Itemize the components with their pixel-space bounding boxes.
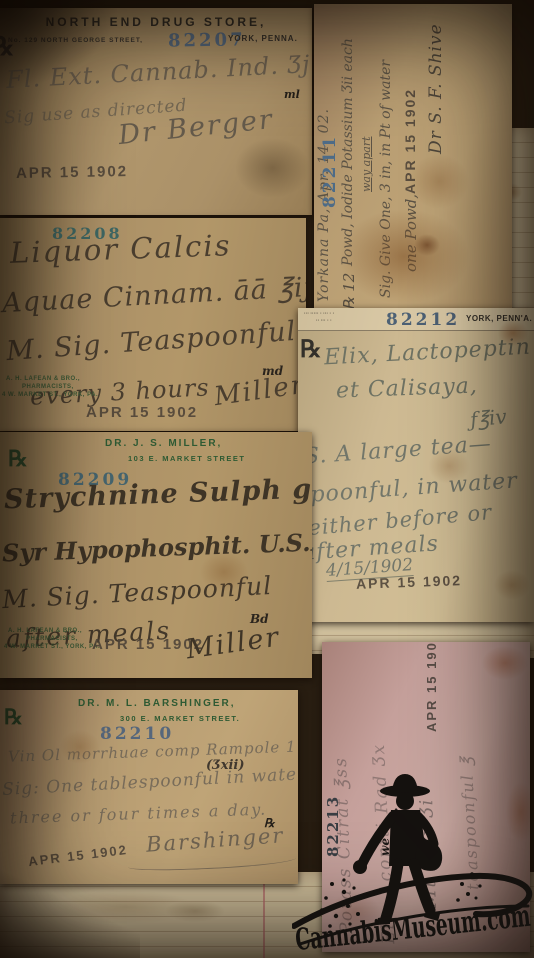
rx-annotation: way apart — [360, 136, 373, 192]
store-address: No. 129 NORTH GEORGE STREET, — [8, 37, 143, 44]
scrapbook-photo: NORTH END DRUG STORE, No. 129 NORTH GEOR… — [0, 0, 534, 958]
rx-ingredient-line: Strychnine Sulph gr ss — [4, 472, 312, 516]
ledger-margin-line — [263, 872, 265, 958]
date-stamp: APR 15 1902 — [27, 842, 128, 869]
prescription-82208: 82208 Liquor Calcis Aquae Cinnam. āā ℥ij… — [0, 218, 306, 431]
rx-sig-line: Sig: One tablespoonful in water — [2, 764, 298, 800]
rx-ingredient-line2: Aquae Cinnam. āā ℥ij — [1, 272, 306, 319]
doctor-name: DR. J. S. MILLER, — [105, 438, 222, 449]
pharmacy-address: 4 W. MARKET ST., YORK, PA. — [2, 392, 98, 398]
pharmacy-title: PHARMACISTS, — [26, 636, 78, 642]
date-stamp: APR 15 1902 — [86, 404, 198, 421]
rx-ingredient-line: Fl. Ext. Cannab. Ind. Ʒj — [5, 50, 311, 94]
doctor-address: 300 E. MARKET STREET. — [120, 714, 240, 723]
rx-sig-line1: S. A large tea— — [303, 431, 492, 469]
pharmacy-name: A. H. LAFEAN & BRO., — [6, 376, 80, 382]
paper-stain — [494, 570, 530, 600]
fine-print-line1: ··· ····· · ··· · · — [304, 311, 334, 317]
date-stamp: APR 15 1902 — [356, 572, 463, 592]
rotated-content: Yorkana Pa, Apr. 14, 02. ℞ 12 Powd, Iodi… — [314, 4, 512, 312]
doctor-signature: Dr S. F. Shive — [426, 23, 446, 154]
rx-quantity: ƒ℥iv — [469, 404, 508, 432]
ink-annotation: ℞ — [264, 816, 275, 830]
doctor-signature: Miller — [184, 622, 282, 666]
prescription-82207: NORTH END DRUG STORE, No. 129 NORTH GEOR… — [0, 8, 312, 215]
prescription-82211: Yorkana Pa, Apr. 14, 02. ℞ 12 Powd, Iodi… — [314, 4, 512, 312]
rx-sig-line: M. Sig. Teaspoonful — [1, 571, 272, 614]
rx-number-stamp: 82210 — [100, 724, 174, 744]
rx-sig-line: Sig. Give One, 3 in, in Pt of water — [378, 60, 394, 298]
cannabis-museum-watermark: CannabisMuseum.com — [292, 768, 534, 958]
pharmacy-address: 4 W. MARKET ST., YORK, PA. — [4, 644, 100, 650]
paper-smudge — [55, 890, 195, 924]
rx-symbol: ℞ — [4, 704, 23, 729]
ink-annotation: ml — [284, 88, 300, 101]
rx-sig-line: M. Sig. Teaspoonful — [5, 316, 297, 367]
rx-symbol: ℞ — [300, 334, 322, 363]
store-name: NORTH END DRUG STORE, — [0, 15, 312, 29]
rx-number-stamp: 82212 — [386, 310, 460, 330]
fine-print-line2: ·· ··· · · — [316, 318, 332, 324]
pharmacy-title: PHARMACISTS, — [22, 384, 74, 390]
doctor-name: DR. M. L. BARSHINGER, — [78, 698, 236, 709]
rx-ingredient-line: Elix, Lactopeptin — [323, 335, 531, 371]
doctor-signature: Miller — [212, 370, 306, 412]
rx-number-stamp: 82211 — [320, 134, 340, 208]
store-city: YORK, PENN'A. — [466, 314, 532, 323]
pharmacy-name: A. H. LAFEAN & BRO., — [8, 628, 82, 634]
rx-sig-line2: one Powd, — [402, 194, 420, 272]
store-city: YORK, PENNA. — [228, 34, 298, 43]
paper-stain — [235, 138, 310, 198]
prescription-82212: ··· ····· · ··· · · ·· ··· · · 82212 YOR… — [298, 308, 534, 622]
date-stamp: APR 15 1902 — [424, 642, 439, 732]
date-stamp: APR 15 1902 — [402, 88, 418, 194]
rx-ingredient-line2: et Calisaya, — [336, 374, 479, 404]
sower-figure-icon — [353, 774, 442, 925]
rx-ingredient-line2: Syr Hypophosphit. U.S.P. ℥iv — [2, 525, 312, 567]
rx-ingredient-line: Liquor Calcis — [9, 228, 232, 270]
doctor-address: 103 E. MARKET STREET — [128, 454, 246, 463]
prescription-82209: DR. J. S. MILLER, 103 E. MARKET STREET ℞… — [0, 432, 312, 678]
rx-sig-line2: three or four times a day. — [10, 800, 268, 828]
date-stamp: APR 15 1902 — [16, 163, 128, 182]
rx-ingredient-line: Powd, Iodide Potassium Ʒii each — [340, 38, 356, 266]
rx-symbol: ℞ — [8, 446, 28, 472]
prescription-82210: ℞ DR. M. L. BARSHINGER, 300 E. MARKET ST… — [0, 690, 298, 884]
rx-symbol: ℞ — [0, 32, 14, 62]
paper-smudge — [165, 900, 225, 922]
rx-symbol: ℞ 12 — [340, 273, 358, 310]
